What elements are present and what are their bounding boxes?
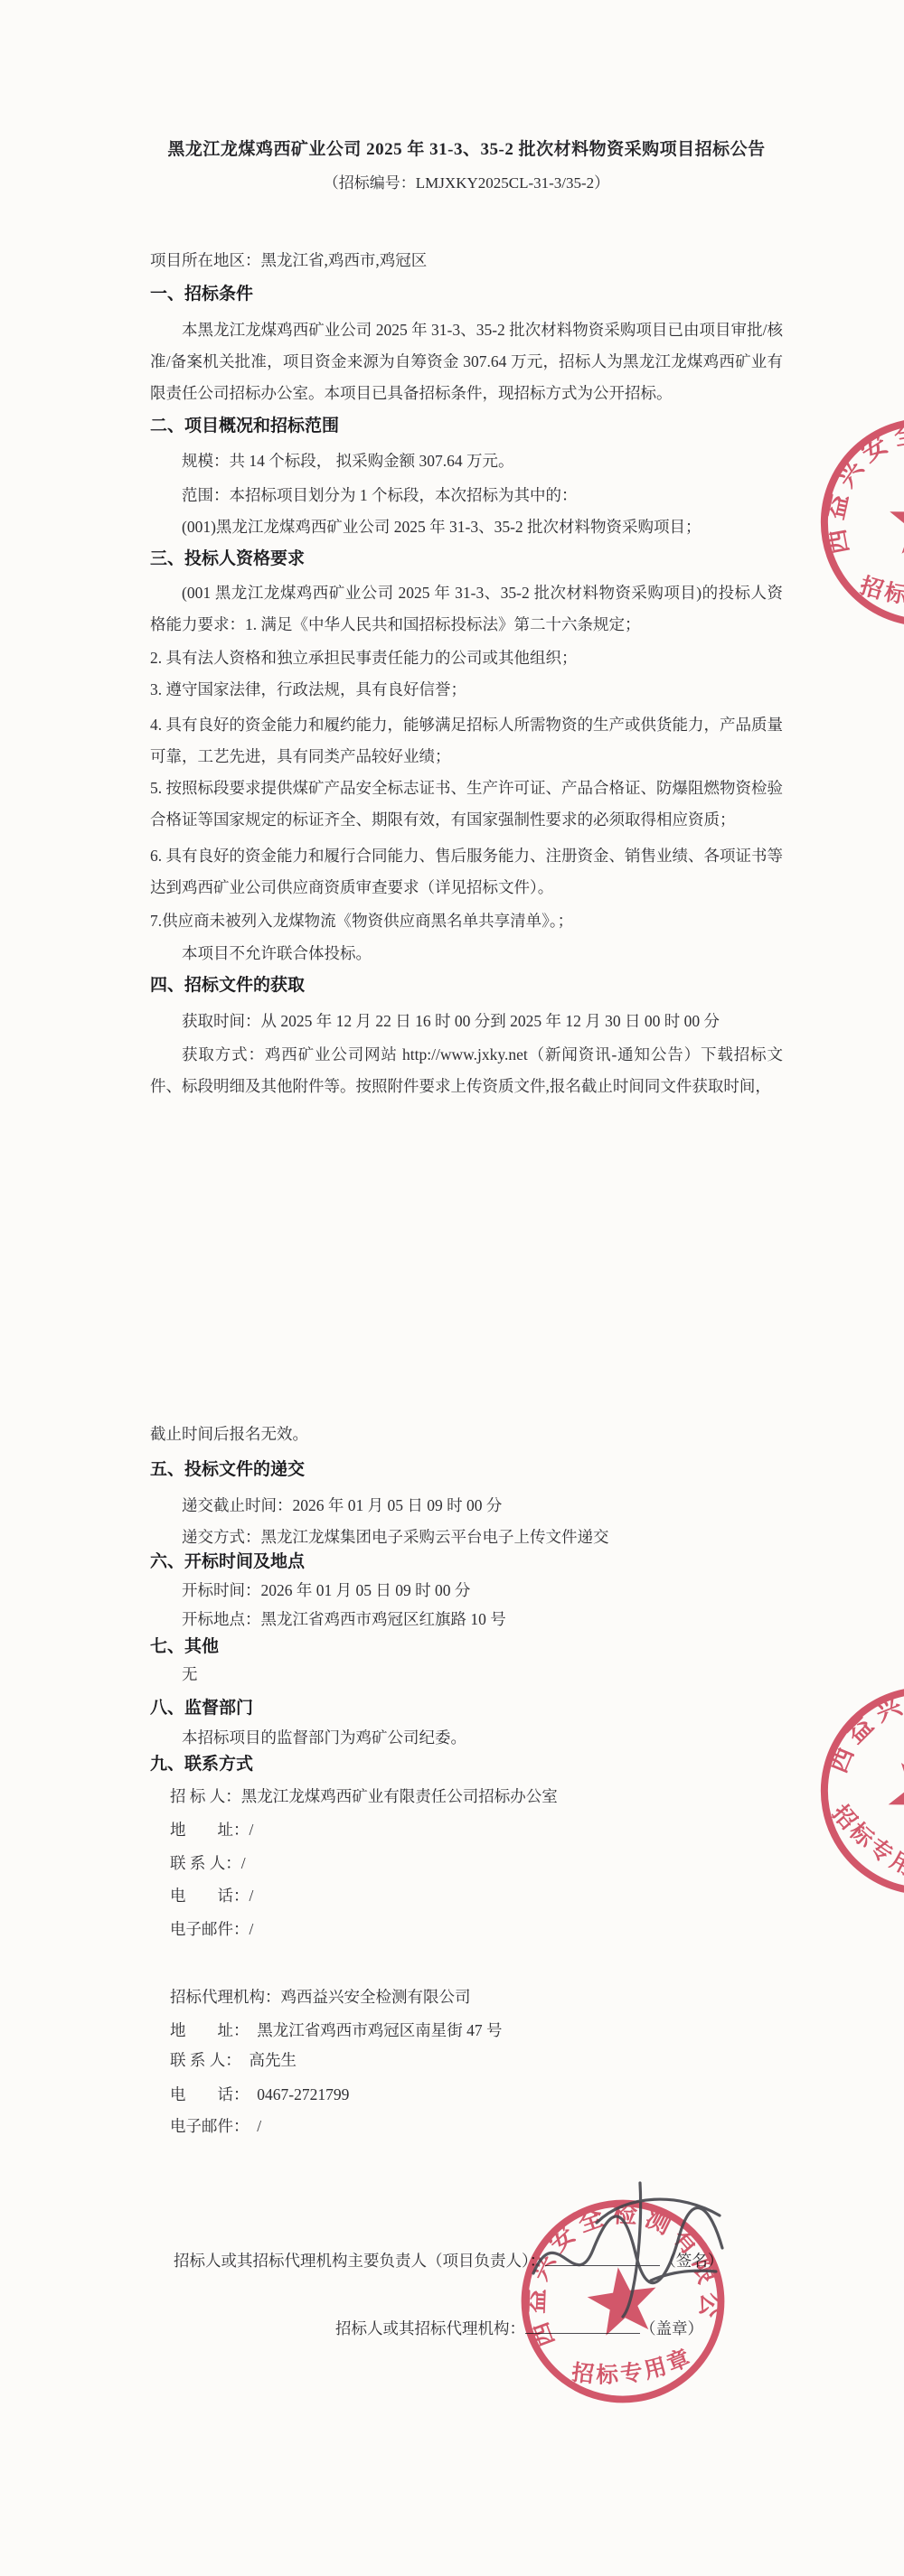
- qualification-item: 5. 按照标段要求提供煤矿产品安全标志证书、生产许可证、产品合格证、防爆阻燃物资…: [150, 773, 783, 836]
- section-heading-2: 二、项目概况和招标范围: [150, 410, 783, 443]
- document-content: 黑龙江龙煤鸡西矿业公司 2025 年 31-3、35-2 批次材料物资采购项目招…: [0, 0, 904, 2345]
- handwritten-signature: [506, 2167, 796, 2320]
- signature-org-label: 招标人或其招标代理机构：: [335, 2319, 525, 2337]
- section-heading-8: 八、监督部门: [150, 1692, 783, 1725]
- qualification-item: 7.供应商未被列入龙煤物流《物资供应商黑名单共享清单》。；: [150, 905, 783, 937]
- qualification-item: 2. 具有法人资格和独立承担民事责任能力的公司或其他组织；: [150, 642, 783, 674]
- section-heading-4: 四、招标文件的获取: [150, 970, 783, 1002]
- contact-agency-email: 电子邮件： /: [170, 2111, 783, 2142]
- paragraph-scale: 规模：共 14 个标段， 拟采购金额 307.64 万元。: [150, 445, 783, 477]
- section-heading-3: 三、投标人资格要求: [150, 543, 783, 576]
- scanned-document-page: 黑龙江龙煤鸡西矿业公司 2025 年 31-3、35-2 批次材料物资采购项目招…: [0, 0, 904, 2576]
- project-location: 项目所在地区：黑龙江省,鸡西市,鸡冠区: [150, 245, 783, 276]
- paragraph-tender-conditions: 本黑龙江龙煤鸡西矿业公司 2025 年 31-3、35-2 批次材料物资采购项目…: [150, 314, 783, 409]
- document-title: 黑龙江龙煤鸡西矿业公司 2025 年 31-3、35-2 批次材料物资采购项目招…: [150, 134, 783, 165]
- paragraph-obtain-method: 获取方式：鸡西矿业公司网站 http://www.jxky.net（新闻资讯-通…: [150, 1039, 783, 1102]
- paragraph-no-consortium: 本项目不允许联合体投标。: [150, 938, 783, 970]
- section-heading-9: 九、联系方式: [150, 1748, 783, 1781]
- qualification-item: 6. 具有良好的资金能力和履行合同能力、售后服务能力、注册资金、销售业绩、各项证…: [150, 840, 783, 904]
- signature-leader-label: 招标人或其招标代理机构主要负责人（项目负责人）：: [174, 2252, 545, 2270]
- contact-agency-name: 招标代理机构：鸡西益兴安全检测有限公司: [170, 1981, 783, 2013]
- contact-tenderer-phone: 电 话：/: [170, 1880, 783, 1912]
- paragraph-scope: 范围：本招标项目划分为 1 个标段，本次招标为其中的：: [150, 480, 783, 511]
- contact-tenderer-email: 电子邮件：/: [170, 1914, 783, 1945]
- paragraph-opening-time: 开标时间：2026 年 01 月 05 日 09 时 00 分: [150, 1575, 783, 1606]
- contact-tenderer-person: 联 系 人：/: [170, 1848, 783, 1879]
- tender-number: （招标编号：LMJXKY2025CL-31-3/35-2）: [150, 167, 783, 199]
- contact-agency-person: 联 系 人： 高先生: [170, 2045, 783, 2076]
- paragraph-submit-deadline: 递交截止时间：2026 年 01 月 05 日 09 时 00 分: [150, 1490, 783, 1522]
- page-break-gap: [150, 1102, 783, 1419]
- section-heading-5: 五、投标文件的递交: [150, 1454, 783, 1486]
- signature-org-suffix: （盖章）: [640, 2319, 703, 2337]
- contact-agency-address: 地 址： 黑龙江省鸡西市鸡冠区南星街 47 号: [170, 2015, 783, 2047]
- section-heading-1: 一、招标条件: [150, 278, 783, 311]
- qualification-item: 3. 遵守国家法律，行政法规，具有良好信誉；: [150, 674, 783, 706]
- contact-agency-phone: 电 话： 0467-2721799: [170, 2079, 783, 2111]
- paragraph-obtain-time: 获取时间：从 2025 年 12 月 22 日 16 时 00 分到 2025 …: [150, 1006, 783, 1037]
- paragraph-lot: (001)黑龙江龙煤鸡西矿业公司 2025 年 31-3、35-2 批次材料物资…: [150, 511, 783, 543]
- paragraph-qualification-intro: (001 黑龙江龙煤鸡西矿业公司 2025 年 31-3、35-2 批次材料物资…: [150, 577, 783, 641]
- contact-tenderer-name: 招 标 人：黑龙江龙煤鸡西矿业有限责任公司招标办公室: [170, 1781, 783, 1813]
- paragraph-obtain-method-continued: 截止时间后报名无效。: [150, 1419, 783, 1450]
- contact-tenderer-address: 地 址：/: [170, 1814, 783, 1846]
- qualification-item: 4. 具有良好的资金能力和履约能力，能够满足招标人所需物资的生产或供货能力，产品…: [150, 709, 783, 773]
- paragraph-other: 无: [150, 1659, 783, 1691]
- svg-text:招标专用章: 招标专用章: [567, 2342, 698, 2394]
